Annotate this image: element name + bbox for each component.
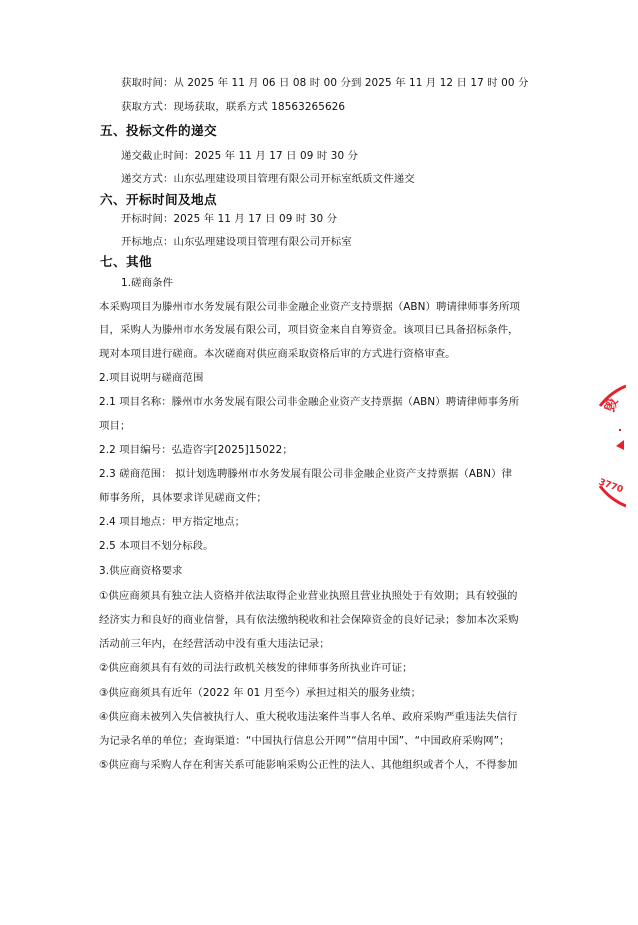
requirement-1-line: 活动前三年内，在经营活动中没有重大违法记录； (99, 637, 330, 651)
requirement-1-line: 经济实力和良好的商业信誉，具有依法缴纳税收和社会保障资金的良好记录；参加本次采购 (99, 613, 519, 627)
paragraph-line: 本采购项目为滕州市水务发展有限公司非金融企业资产支持票据（ABN）聘请律师事务所… (99, 300, 520, 314)
requirement-5-line: ⑤供应商与采购人存在利害关系可能影响采购公正性的法人、其他组织或者个人，不得参加 (99, 758, 518, 772)
item-2-5-line: 2.5 本项目不划分标段。 (99, 539, 214, 553)
item-2-2-line: 2.2 项目编号：弘造咨字[2025]15022； (99, 443, 293, 457)
requirement-4-line: ④供应商未被列入失信被执行人、重大税收违法案件当事人名单、政府采购严重违法失信行 (99, 710, 518, 724)
subsection-2-heading: 2.项目说明与磋商范围 (99, 371, 204, 385)
item-2-4-line: 2.4 项目地点：甲方指定地点； (99, 515, 245, 529)
item-2-3-line: 师事务所，具体要求详见磋商文件； (99, 491, 267, 505)
seal-stamp-partial: 毁 3770 (596, 384, 626, 508)
item-2-1-line: 项目； (99, 419, 130, 433)
submit-method-line: 递交方式：山东弘理建设项目管理有限公司开标室纸质文件递交 (121, 172, 415, 186)
opening-time-line: 开标时间：2025 年 11 月 17 日 09 时 30 分 (121, 212, 337, 226)
paragraph-line: 目，采购人为滕州市水务发展有限公司，项目资金来自自筹资金。该项目已具备招标条件， (99, 323, 519, 337)
seal-stamp-icon: 毁 3770 (596, 384, 626, 508)
section-7-heading: 七、其他 (100, 254, 152, 270)
acquire-method-line: 获取方式：现场获取，联系方式 18563265626 (121, 100, 345, 114)
opening-location-line: 开标地点：山东弘理建设项目管理有限公司开标室 (121, 235, 352, 249)
section-6-heading: 六、开标时间及地点 (100, 192, 217, 208)
subsection-3-heading: 3.供应商资格要求 (99, 564, 183, 578)
item-2-3-line: 2.3 磋商范围： 拟计划选聘滕州市水务发展有限公司非金融企业资产支持票据（AB… (99, 467, 512, 481)
requirement-3-line: ③供应商须具有近年（2022 年 01 月至今）承担过相关的服务业绩； (99, 686, 421, 700)
subsection-1-heading: 1.磋商条件 (121, 276, 173, 290)
svg-text:3770: 3770 (597, 477, 624, 495)
requirement-4-line: 为记录名单的单位；查询渠道：“中国执行信息公开网”“信用中国”、“中国政府采购网… (99, 734, 510, 748)
paragraph-line: 现对本项目进行磋商。本次磋商对供应商采取资格后审的方式进行资格审查。 (99, 347, 456, 361)
section-5-heading: 五、投标文件的递交 (100, 123, 217, 139)
acquire-time-line: 获取时间：从 2025 年 11 月 06 日 08 时 00 分到 2025 … (121, 76, 528, 90)
submit-deadline-line: 递交截止时间：2025 年 11 月 17 日 09 时 30 分 (121, 149, 358, 163)
requirement-1-line: ①供应商须具有独立法人资格并依法取得企业营业执照且营业执照处于有效期；具有较强的 (99, 589, 518, 603)
requirement-2-line: ②供应商须具有有效的司法行政机关核发的律师事务所执业许可证； (99, 661, 413, 675)
item-2-1-line: 2.1 项目名称：滕州市水务发展有限公司非金融企业资产支持票据（ABN）聘请律师… (99, 395, 519, 409)
